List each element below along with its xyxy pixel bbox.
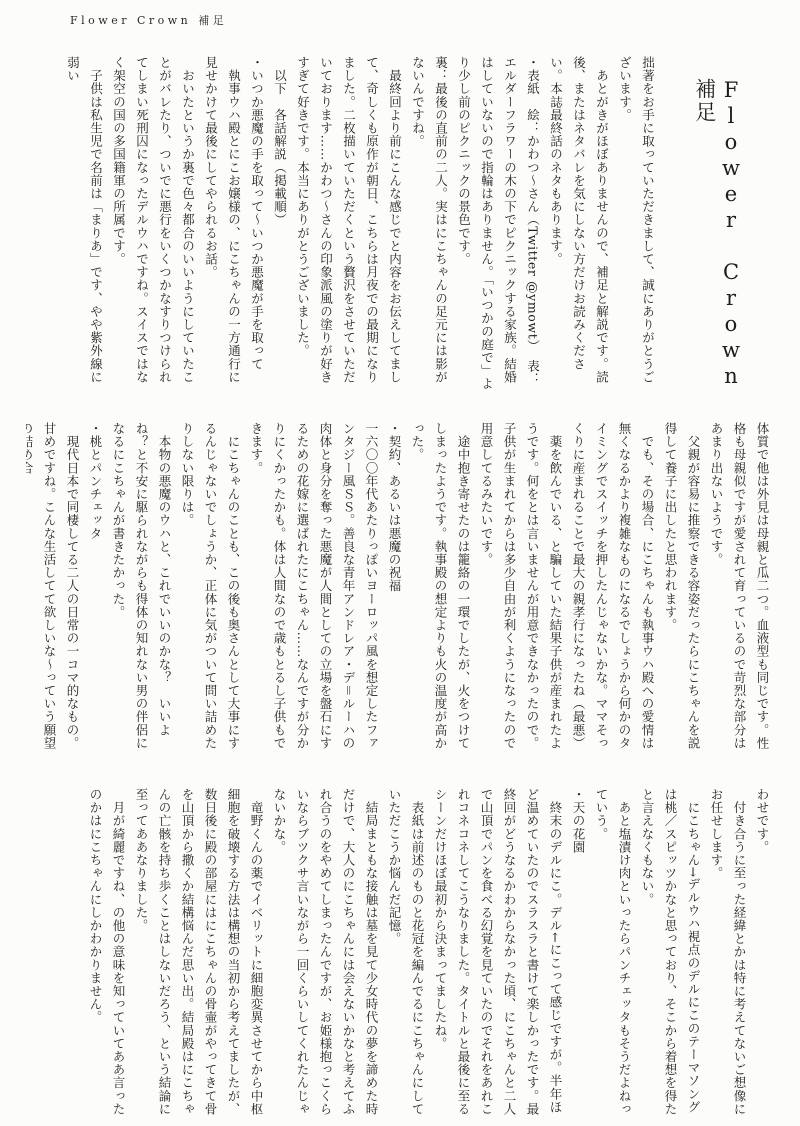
paragraph-moon: 月が綺麗ですね、の他の意味を知っていてああ言ったのかはにこちゃんにしかわかりませ… (84, 788, 130, 1126)
paragraph-contact: 結局まともな接触は墓を見て少女時代の夢を諦めた時だけで、大人のにこちゃんには会え… (268, 788, 383, 1126)
paragraph-continuation: わせです。 (751, 788, 774, 1126)
paragraph-final-chapter: 最終回より前にこんな感じでと内容をお伝えしてまして、奇しくも原作が朝日、こちらは… (292, 56, 407, 394)
heading-story-ten-no-hanazono: ・天の花園 (567, 788, 590, 1126)
page-title: Flower Crown 補足 (692, 56, 745, 394)
paragraph-background: 付き合うに至った経緯とかは特に考えてないご想像にお任せします。 (705, 788, 751, 1126)
afterword-page: Flower Crown 補足 Flower Crown 補足 拙著をお手に取っ… (0, 0, 800, 1126)
paragraph-cover-back: 裏：最後の直前の二人。実はにこちゃんの足元には影がないんですね。 (407, 56, 453, 394)
paragraph-pancetta-note: あと塩漬け肉といったらパンチェッタもそうだよねっていう。 (590, 788, 636, 1126)
paragraph-notice: あとがきがほぼありませんので、補足と解説です。読後、またはネタバレを気にしない方… (545, 56, 614, 394)
paragraph-embrace-fire: 途中抱き寄せたのは籠絡の一環でしたが、火をつけてしまったようです。執事殿の想定よ… (406, 422, 475, 760)
paragraph-wife-treated: にこちゃんのことも、この後も奥さんとして大事にするんじゃないでしょうか、正体に気… (176, 422, 245, 760)
paragraph-child-traits: 体質で他は外見は母親と瓜二つ。血液型も同じです。性格も母親似ですが愛されて育って… (705, 422, 774, 760)
paragraph-real-devil: 本物の悪魔のウハと、これでいいのかな？ いいよね？と不安に駆られながらも得体の知… (107, 422, 176, 760)
paragraph-medicine: 薬を飲んでいる、と騙していた結果子供が産まれたようです。何をとは言いませんが用意… (475, 422, 567, 760)
text-band-top: Flower Crown 補足 拙著をお手に取っていただきまして、誠にありがとう… (26, 56, 774, 394)
paragraph-thanks: 拙著をお手に取っていただきまして、誠にありがとうございます。 (614, 56, 660, 394)
paragraph-father-guess: 父親が容易に推察できる容姿だったらにこちゃんを説得して養子に出したと思われます。 (659, 422, 705, 760)
paragraph-butler-story: 執事ウハ殿とにこお嬢様の、にこちゃんの一方通行に見せかけて最後にしてやられるお話… (200, 56, 246, 394)
heading-story-keiyaku: ・契約、あるいは悪魔の祝福 (383, 422, 406, 760)
heading-story-itsuka-akuma: ・いつか悪魔の手を取って～いつか悪魔が手を取って (246, 56, 269, 394)
paragraph-final-story: 終末のデルにこ。デル←にこって感じですが。半年ほど温めていたのでスラスラと書けて… (429, 788, 567, 1126)
running-header: Flower Crown 補足 (70, 12, 227, 28)
heading-commentary-list: 以下 各話解説（掲載順） (269, 56, 292, 394)
paragraph-urn: 竜野くんの薬でイベリットに細胞変異させてから中枢細胞を破壊する方法は構想の当初か… (130, 788, 268, 1126)
paragraph-switch: でも、その場合、にこちゃんも執事ウハ殿への愛情は無くなるかより複雑なものになるで… (567, 422, 659, 760)
heading-story-momo-pancetta: ・桃とパンチェッタ (84, 422, 107, 760)
paragraph-theme-song: にこちゃん→デルウハ視点のデルにこのテーマソングは桃／スピッツかなと思っており、… (636, 788, 705, 1126)
text-band-middle: 体質で他は外見は母親と瓜二つ。血液型も同じです。性格も母親似ですが愛されて育って… (26, 422, 774, 760)
paragraph-child-maria: 子供は私生児で名前は「まりあ」です、やや紫外線に弱い (62, 56, 108, 394)
paragraph-cover-choice: 表紙は前述のものと花冠を編んでるにこちゃんにしていただこうか悩んだ記憶。 (383, 788, 429, 1126)
paragraph-fantasy-ss: 一六〇〇年代あたりっぽいヨーロッパ風を想定したファンタジー風ＳＳ。善良な青年アン… (245, 422, 383, 760)
text-band-bottom: わせです。 付き合うに至った経緯とかは特に考えてないご想像にお任せします。 にこ… (26, 788, 774, 1126)
paragraph-daily-life: 現代日本で同棲してる二人の日常の一コマ的なもの。甘めですね。こんな生活してて欲し… (26, 422, 84, 760)
paragraph-deluha-prisoner: おいたというか裏で色々都合のいいようにしていたことがバレたり、ついでに悪行をいく… (108, 56, 200, 394)
paragraph-cover-front: ・表紙 絵：かわつ～さん（Twitter @ymowt） 表：エルダーフラワーの… (453, 56, 545, 394)
